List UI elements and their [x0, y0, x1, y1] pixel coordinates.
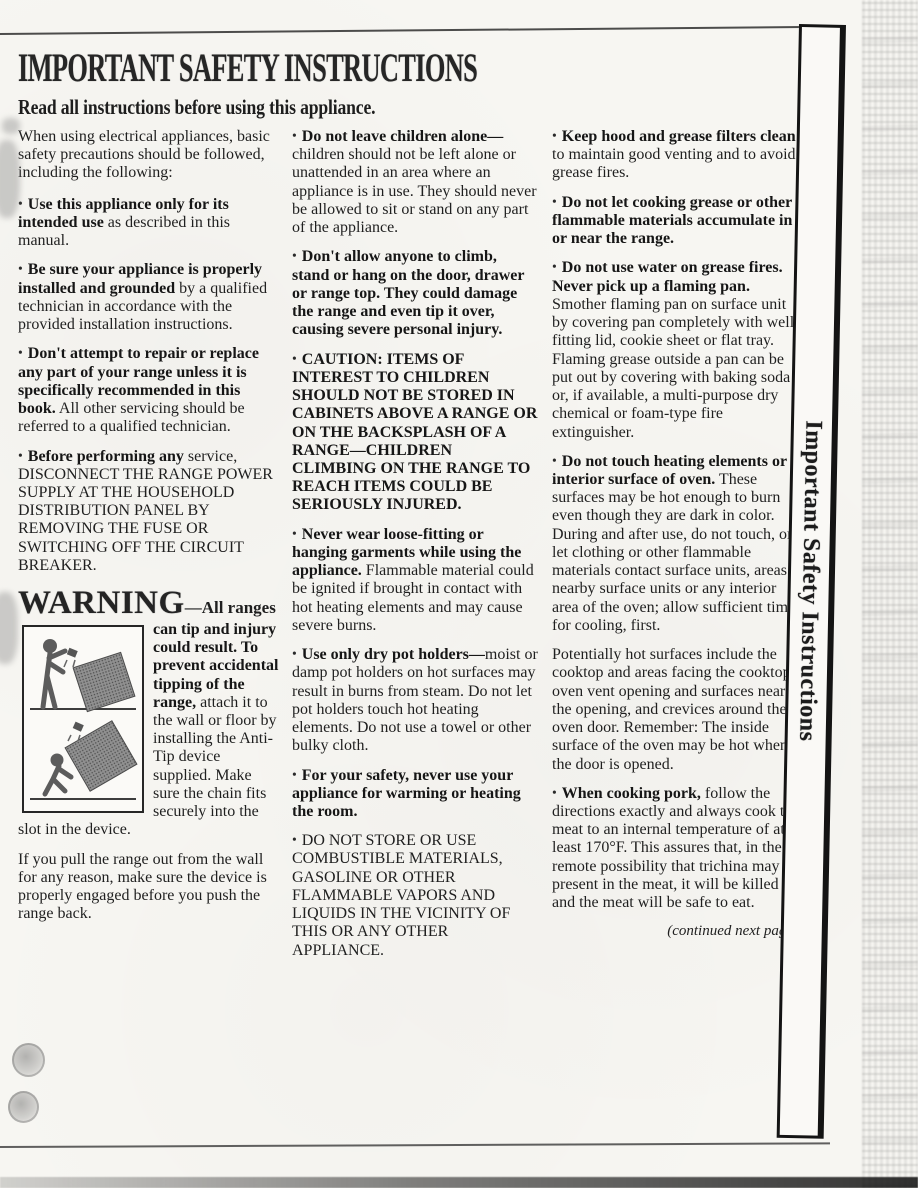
page-title: IMPORTANT SAFETY INSTRUCTIONS: [18, 48, 546, 88]
bullet-icon: •: [18, 261, 23, 276]
page-subtitle: Read all instructions before using this …: [18, 95, 690, 120]
bullet-icon: •: [18, 345, 23, 360]
top-rule: [0, 26, 846, 35]
bullet-icon: •: [292, 767, 297, 782]
bullet-icon: •: [552, 453, 557, 468]
safety-bullet: •Do not leave children alone—children sh…: [292, 128, 538, 237]
bullet-icon: •: [292, 351, 297, 366]
bullet-icon: •: [552, 785, 557, 800]
safety-bullet: •Do not touch heating elements or interi…: [552, 453, 800, 635]
tipping-range-top-icon: [30, 639, 136, 712]
safety-bullet: •Do not let cooking grease or other flam…: [552, 194, 800, 249]
bullet-icon: •: [292, 646, 297, 661]
bullet-icon: •: [292, 128, 297, 143]
safety-bullet: •Use this appliance only for its intende…: [18, 196, 282, 251]
page-bleed-through-texture: [862, 0, 918, 1188]
content-columns: When using electrical appliances, basic …: [18, 128, 800, 971]
safety-bullet: •Do not use water on grease fires. Never…: [552, 259, 800, 441]
anti-tip-paragraph: If you pull the range out from the wall …: [18, 851, 282, 924]
bullet-icon: •: [292, 526, 297, 541]
bullet-icon: •: [18, 448, 23, 463]
warning-body: can tip and injury could result. To prev…: [18, 621, 282, 840]
safety-bullet: •Don't allow anyone to climb, stand or h…: [292, 248, 538, 339]
chapter-tab-label: Important Safety Instructions: [793, 420, 826, 742]
safety-bullet: •Be sure your appliance is properly inst…: [18, 261, 282, 334]
continued-note: (continued next page): [552, 923, 800, 940]
hole-punch-mark: [12, 1043, 45, 1077]
intro-paragraph: When using electrical appliances, basic …: [18, 128, 282, 183]
bullet-icon: •: [292, 248, 297, 263]
column-3: •Keep hood and grease filters clean to m…: [552, 128, 800, 971]
warning-heading: WARNING—All ranges: [18, 586, 282, 621]
scan-smudge: [2, 118, 20, 134]
column-1: When using electrical appliances, basic …: [18, 128, 282, 971]
safety-bullet: •Don't attempt to repair or replace any …: [18, 345, 282, 436]
safety-bullet: •For your safety, never use your applian…: [292, 767, 538, 822]
safety-bullet: •Keep hood and grease filters clean to m…: [552, 128, 800, 183]
tip-over-warning-illustration: [22, 625, 144, 813]
safety-bullet: •CAUTION: ITEMS OF INTEREST TO CHILDREN …: [292, 351, 538, 515]
scan-smudge: [0, 592, 18, 664]
tipping-range-bottom-icon: [30, 721, 137, 799]
safety-bullet: •Never wear loose-fitting or hanging gar…: [292, 526, 538, 635]
bullet-icon: •: [552, 259, 557, 274]
column-2: •Do not leave children alone—children sh…: [292, 128, 538, 971]
scan-smudge: [0, 140, 20, 218]
bottom-rule: [0, 1142, 830, 1148]
hot-surfaces-paragraph: Potentially hot surfaces include the coo…: [552, 646, 800, 774]
page-header: IMPORTANT SAFETY INSTRUCTIONS Read all i…: [18, 48, 818, 120]
safety-bullet: •DO NOT STORE OR USE COMBUSTIBLE MATERIA…: [292, 832, 538, 960]
bullet-icon: •: [552, 194, 557, 209]
safety-bullet: •Use only dry pot holders—moist or damp …: [292, 646, 538, 755]
bullet-icon: •: [292, 832, 297, 847]
safety-bullet: •When cooking pork, follow the direction…: [552, 785, 800, 913]
hole-punch-mark: [8, 1091, 39, 1123]
warning-section: WARNING—All ranges: [18, 586, 282, 923]
safety-bullet: •Before performing any service, DISCONNE…: [18, 448, 282, 576]
page-edge-shadow: [0, 1177, 918, 1188]
bullet-icon: •: [552, 128, 557, 143]
